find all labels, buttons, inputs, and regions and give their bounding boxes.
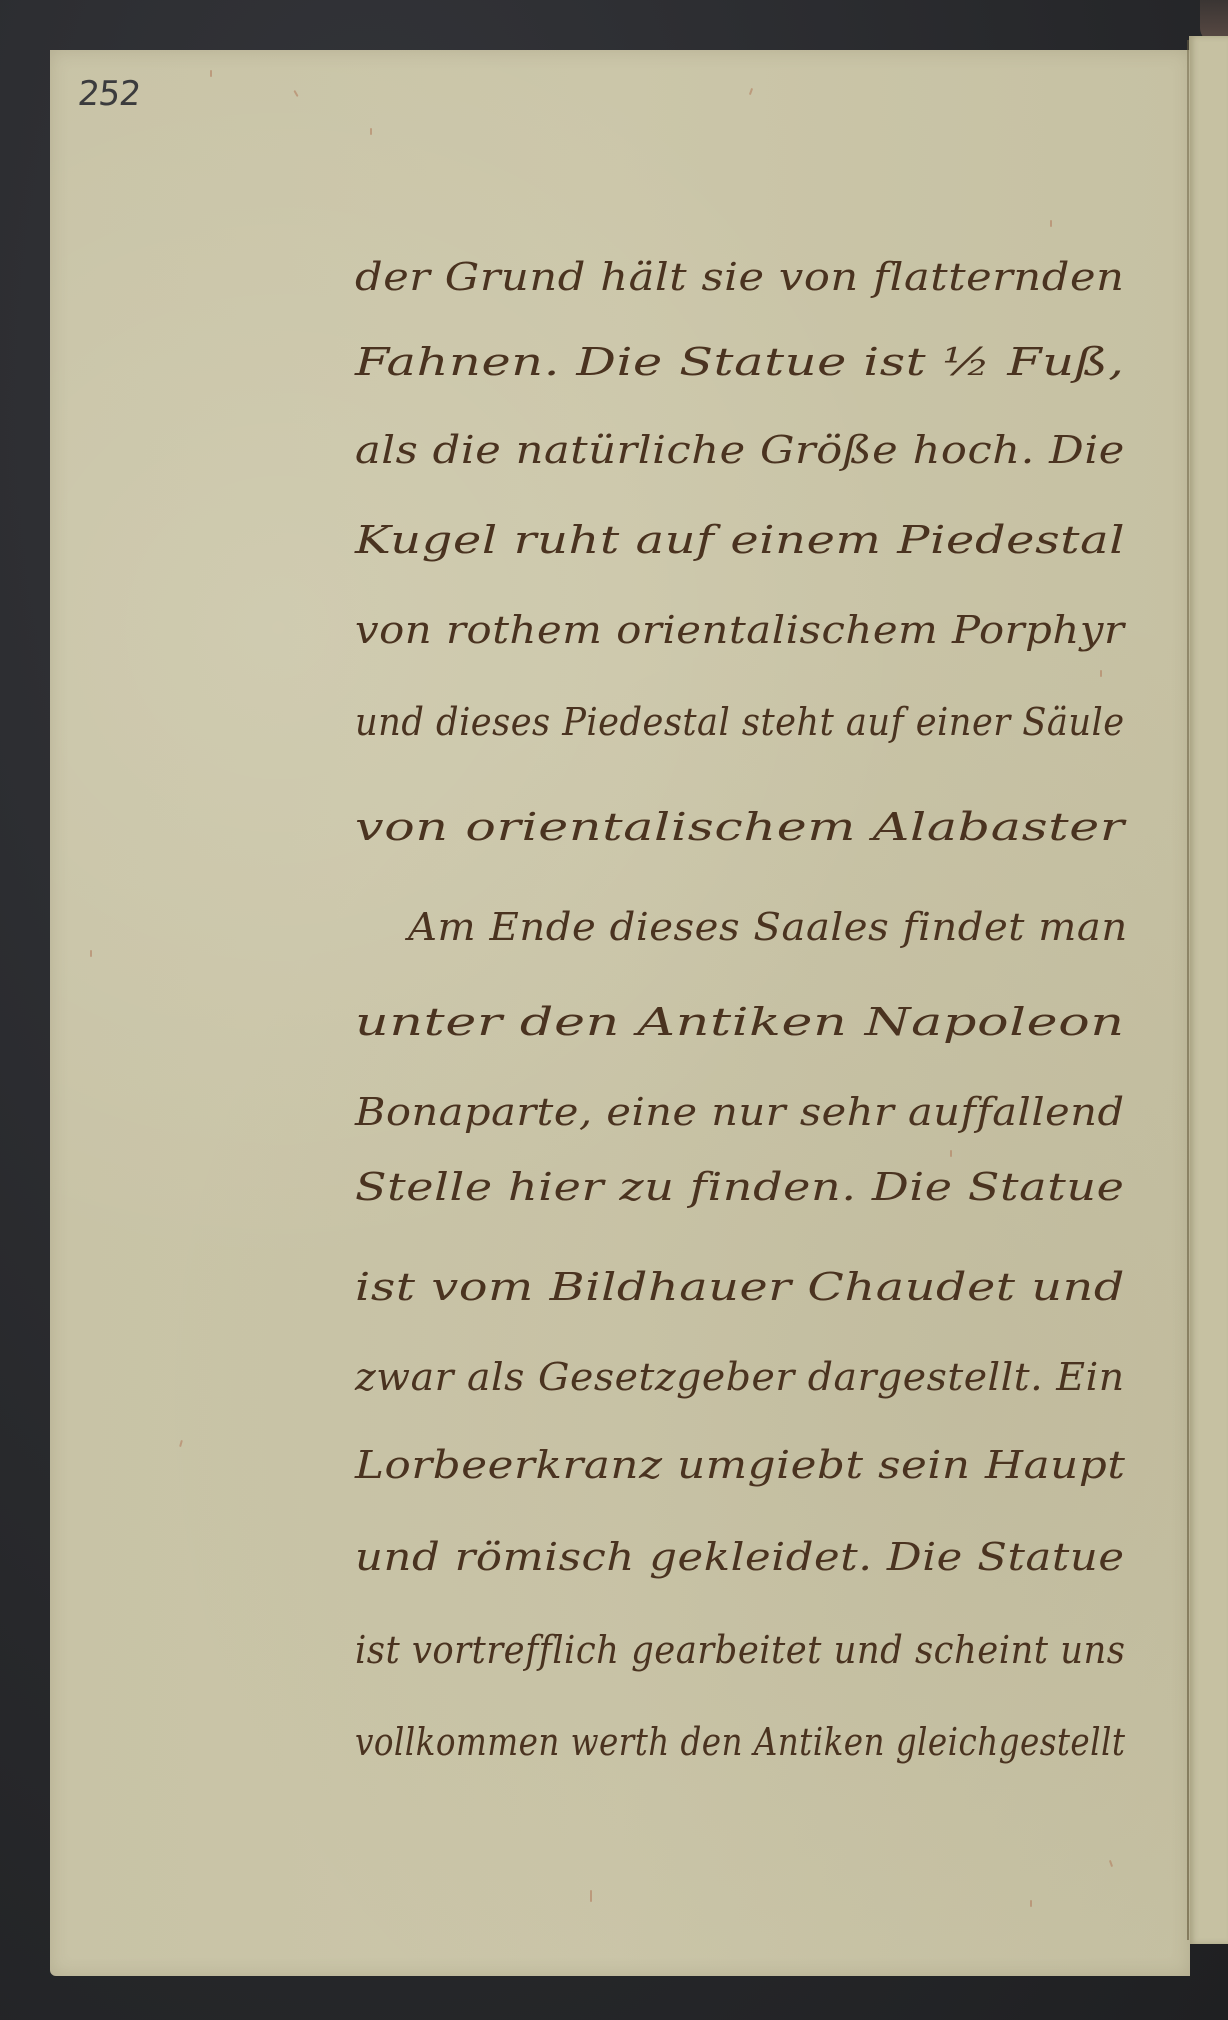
text-line-17: vollkommen werth den Antiken gleichgeste… <box>355 1720 1125 1764</box>
folio-number: 252 <box>76 74 142 114</box>
text-line-2: Fahnen. Die Statue ist ½ Fuß, <box>355 340 1125 384</box>
text-line-9: unter den Antiken Napoleon <box>355 1000 1125 1044</box>
text-line-14: Lorbeerkranz umgiebt sein Haupt <box>355 1443 1125 1487</box>
text-line-4: Kugel ruht auf einem Piedestal <box>355 518 1125 562</box>
text-line-11: Stelle hier zu finden. Die Statue <box>355 1165 1125 1209</box>
text-line-13: zwar als Gesetzgeber dargestellt. Ein <box>355 1355 1125 1399</box>
text-line-3: als die natürliche Größe hoch. Die <box>355 428 1125 472</box>
text-line-6: und dieses Piedestal steht auf einer Säu… <box>355 700 1125 744</box>
text-line-8: Am Ende dieses Saales findet man <box>408 905 1128 949</box>
text-line-5: von rothem orientalischem Porphyr <box>355 608 1125 652</box>
text-line-7: von orientalischem Alabaster <box>355 805 1125 849</box>
facing-page-edge <box>1189 36 1228 1944</box>
text-line-1: der Grund hält sie von flatternden <box>355 255 1124 299</box>
text-line-12: ist vom Bildhauer Chaudet und <box>355 1265 1125 1309</box>
text-line-16: ist vortrefflich gearbeitet und scheint … <box>355 1628 1125 1672</box>
text-line-10: Bonaparte, eine nur sehr auffallend <box>355 1090 1125 1134</box>
text-line-15: und römisch gekleidet. Die Statue <box>355 1535 1125 1579</box>
gutter-fold <box>1187 40 1189 1940</box>
